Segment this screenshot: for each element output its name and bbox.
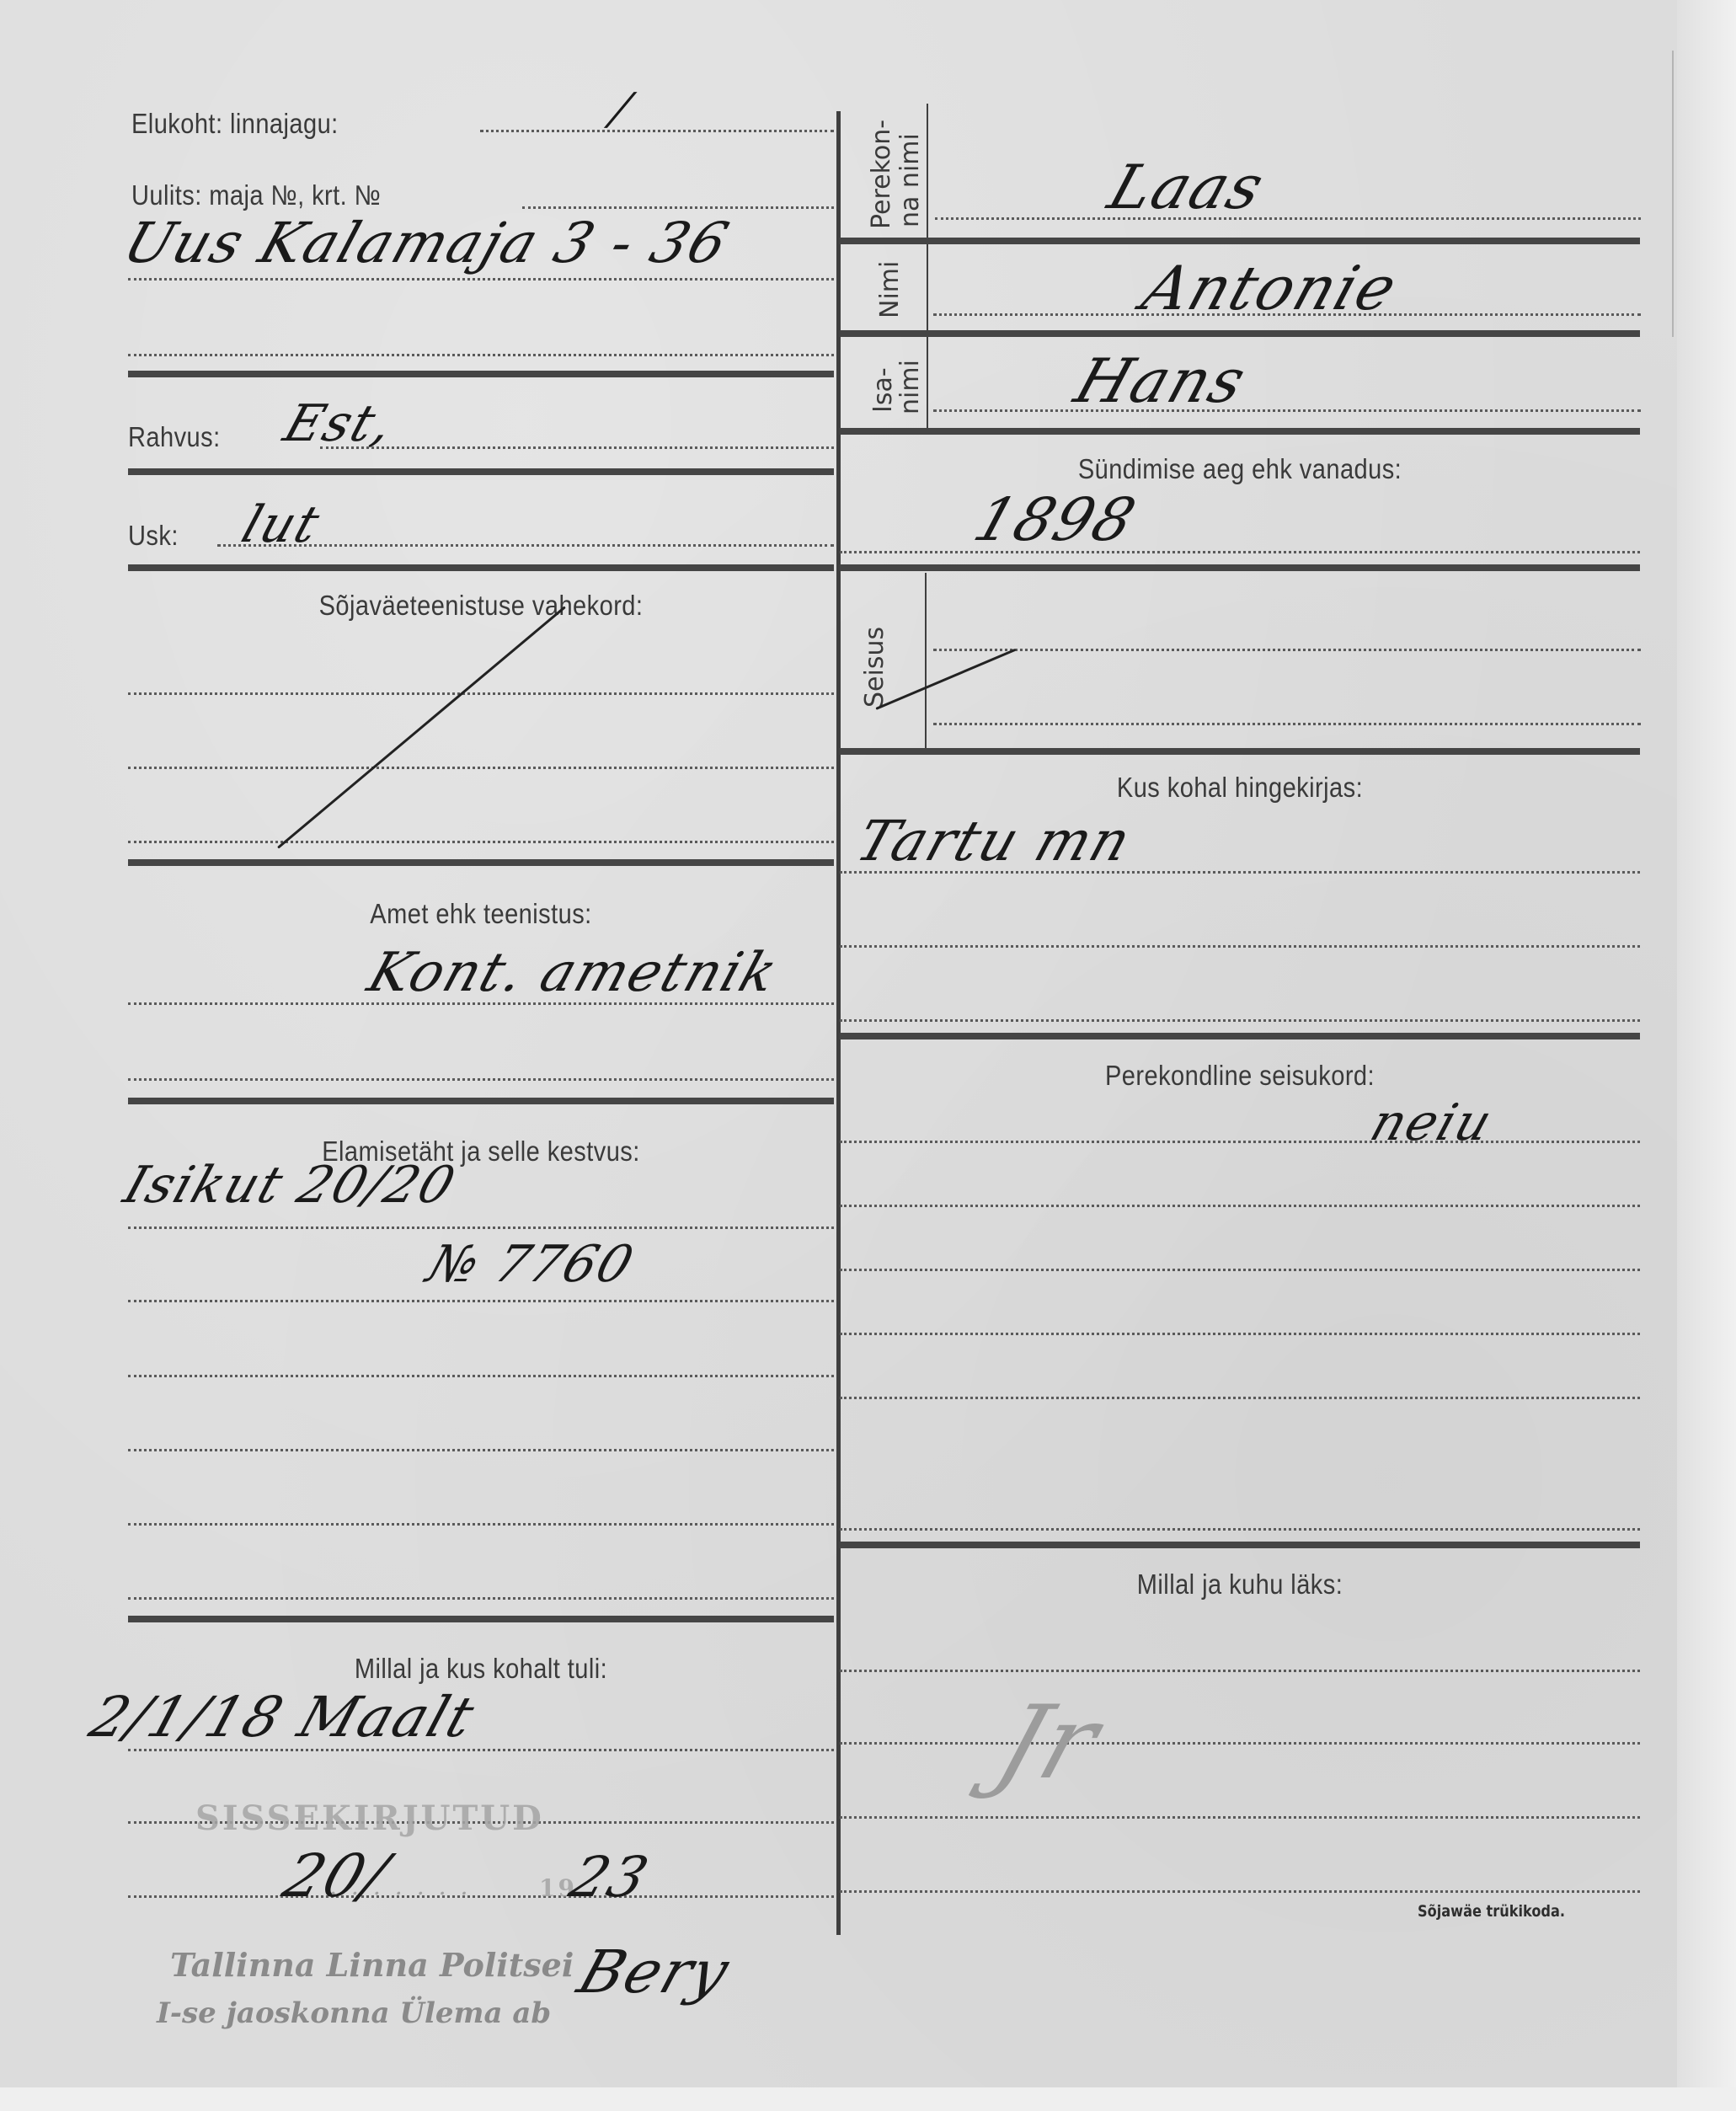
dotted-line	[933, 649, 1641, 651]
label-marital: Perekondline seisukord:	[888, 1060, 1592, 1092]
section-rule	[840, 238, 1640, 244]
label-district: Elukoht: linnajagu:	[131, 108, 339, 140]
dotted-line	[128, 1895, 834, 1898]
dotted-line	[480, 130, 834, 132]
dotted-line	[320, 446, 834, 449]
dotted-line	[933, 409, 1641, 412]
label-birth: Sündimise aeg ehk vanadus:	[888, 453, 1592, 485]
dotted-line	[128, 1078, 834, 1081]
label-surname-line1: Perekon-	[868, 120, 896, 229]
handwritten-surname: Laas	[1100, 152, 1274, 222]
dotted-line	[840, 551, 1640, 553]
section-rule	[840, 330, 1640, 337]
section-rule	[128, 371, 834, 377]
dotted-line	[840, 1742, 1640, 1745]
label-registry: Kus kohal hingekirjas:	[888, 772, 1592, 804]
dotted-line	[840, 1890, 1640, 1893]
section-rule	[840, 428, 1640, 435]
dotted-line	[840, 1141, 1640, 1143]
dotted-line	[840, 1333, 1640, 1335]
handwritten-father-name: Hans	[1066, 345, 1255, 416]
dotted-line	[128, 767, 834, 769]
handwritten-registry: Tartu mn	[848, 809, 1140, 874]
dotted-line	[933, 723, 1641, 725]
section-rule	[840, 564, 1640, 571]
dotted-line	[840, 1528, 1640, 1531]
dotted-line	[840, 1019, 1640, 1022]
stamp-registered: SISSEKIRJUTUD	[195, 1798, 544, 1838]
dotted-line	[128, 1597, 834, 1600]
dotted-line	[840, 871, 1640, 874]
dotted-line	[128, 1749, 834, 1751]
dotted-line	[840, 1205, 1640, 1207]
scan-margin	[0, 2087, 1736, 2111]
dotted-line	[128, 278, 834, 281]
dotted-line	[128, 1523, 834, 1526]
handwritten-arrival: 2/1/18 Maalt	[82, 1685, 483, 1750]
section-rule	[128, 1616, 834, 1622]
dotted-line	[128, 1449, 834, 1451]
section-rule	[840, 1033, 1640, 1039]
label-military: Sõjaväeteenistuse vahekord:	[170, 590, 791, 622]
dotted-line	[840, 1269, 1640, 1271]
handwritten-street: Uus Kalamaja 3 - 36	[115, 211, 737, 275]
stamp-office-line2: I-se jaoskonna Ülema ab	[157, 1996, 551, 2030]
signature: Bery	[570, 1937, 740, 2007]
dotted-line	[128, 692, 834, 695]
printer-imprint: Sõjawäe trükikoda.	[1418, 1902, 1565, 1921]
handwritten-birth: 1898	[966, 485, 1146, 554]
label-first-name: Nimi	[876, 261, 905, 318]
handwritten-marital: neiu	[1364, 1093, 1501, 1152]
fold-crease	[1672, 51, 1674, 337]
dotted-line	[128, 1300, 834, 1302]
section-rule	[128, 564, 834, 571]
form-paper	[0, 0, 1736, 2111]
label-street: Uulits: maja №, krt. №	[131, 179, 381, 211]
handwritten-passport-line2: № 7760	[420, 1235, 642, 1294]
label-status: Seisus	[861, 627, 889, 708]
handwritten-nationality: Est,	[277, 394, 403, 453]
section-rule	[840, 1542, 1640, 1548]
dotted-line	[128, 1375, 834, 1377]
label-arrival: Millal ja kus kohalt tuli:	[170, 1653, 791, 1685]
label-religion: Usk:	[128, 520, 179, 552]
label-occupation: Amet ehk teenistus:	[170, 898, 791, 930]
label-father-name-line1: Isa-	[869, 367, 898, 413]
status-divider	[925, 573, 927, 751]
label-departure: Millal ja kuhu läks:	[888, 1569, 1592, 1601]
handwritten-occupation: Kont. ametnik	[361, 942, 786, 1004]
handwritten-passport-line1: Isikut 20/20	[117, 1156, 464, 1215]
name-block-divider	[927, 104, 928, 432]
dotted-line	[128, 841, 834, 843]
dotted-line	[522, 206, 834, 209]
dotted-line	[933, 313, 1641, 316]
stamp-office-line1: Tallinna Linna Politsei	[170, 1946, 574, 1984]
label-surname-line2: na nimi	[896, 133, 925, 227]
dotted-line	[128, 1002, 834, 1005]
section-rule	[128, 468, 834, 475]
dotted-line	[840, 1816, 1640, 1819]
dotted-line	[128, 1227, 834, 1229]
torn-paper-edge	[1677, 0, 1736, 2111]
dotted-line	[935, 217, 1641, 220]
section-rule	[128, 1098, 834, 1104]
stamp-date-dots: . . . . . . .	[330, 1879, 473, 1899]
dotted-line	[840, 945, 1640, 948]
dotted-line	[840, 1670, 1640, 1672]
label-nationality: Rahvus:	[128, 421, 221, 453]
dotted-line	[128, 354, 834, 356]
column-divider	[836, 111, 841, 1935]
section-rule	[128, 859, 834, 866]
dotted-line	[840, 1397, 1640, 1399]
section-rule	[840, 748, 1640, 755]
label-father-name-line2: nimi	[896, 360, 925, 414]
